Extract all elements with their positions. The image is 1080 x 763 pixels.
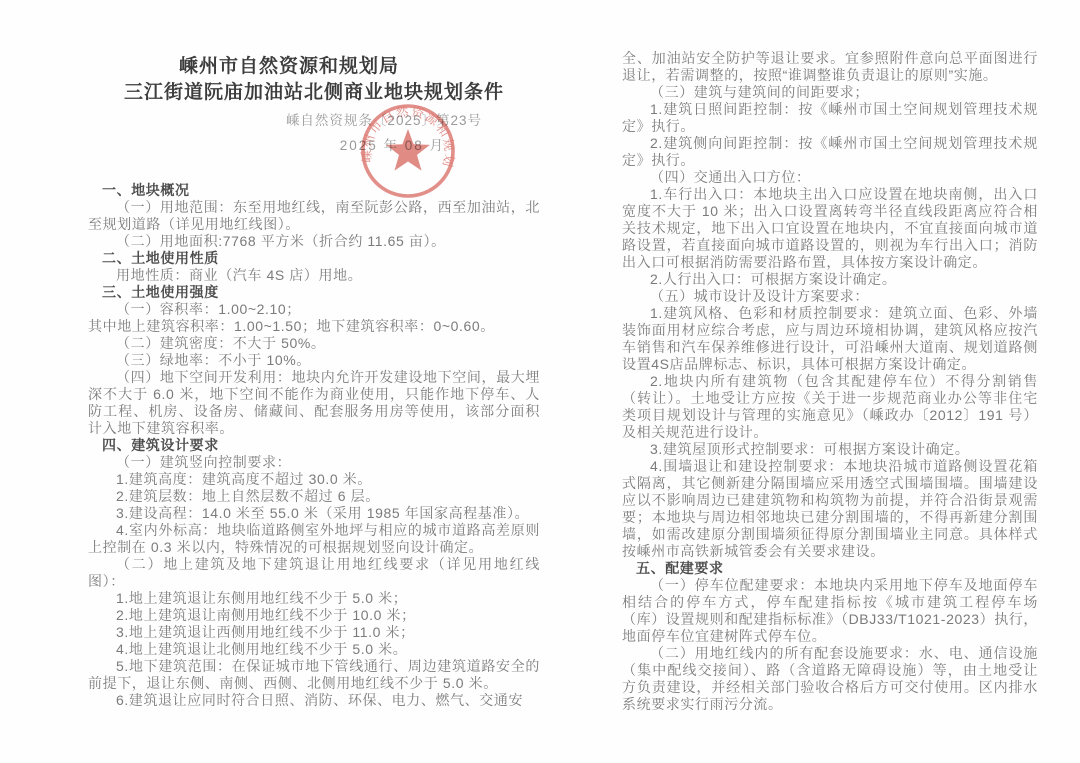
paragraph: （二）地上建筑及地下建筑退让用地红线要求（详见用地红线图）： [88,556,540,590]
document-header: 嵊州市自然资源和规划局 三江街道阮庙加油站北侧商业地块规划条件 嵊自然资规条〔2… [88,54,540,154]
paragraph: 4.地上建筑退让北侧用地红线不少于 5.0 米。 [88,641,540,658]
paragraph: （二）用地红线内的所有配套设施要求：水、电、通信设施（集中配线交接间）、路（含道… [622,645,1038,713]
paragraph: 2.地上建筑退让南侧用地红线不少于 10.0 米； [88,607,540,624]
paragraph: 2.地块内所有建筑物（包含其配建停车位）不得分割销售（转让）。土地受让方应按《关… [622,373,1038,441]
paragraph: 2.建筑侧向间距控制：按《嵊州市国土空间规划管理技术规定》执行。 [622,135,1038,169]
document-number: 嵊自然资规条〔2025〕第23号 [88,113,540,129]
paragraph: 全、加油站安全防护等退让要求。宜参照附件意向总平面图进行退让，若需调整的，按照“… [622,50,1038,84]
section-heading: 四、建筑设计要求 [88,437,540,454]
paragraph: 用地性质：商业（汽车 4S 店）用地。 [88,267,540,284]
paragraph: （四）地下空间开发利用：地块内允许开发建设地下空间，最大埋深不大于 6.0 米，… [88,369,540,437]
section-heading: 二、土地使用性质 [88,250,540,267]
paragraph: （五）城市设计及设计方案要求： [622,288,1038,305]
section-heading: 三、土地使用强度 [88,284,540,301]
left-column: 嵊州市自然资源和规划局 三江街道阮庙加油站北侧商业地块规划条件 嵊自然资规条〔2… [88,44,540,709]
paragraph: 3.建筑屋顶形式控制要求：可根据方案设计确定。 [622,441,1038,458]
paragraph: 1.建筑日照间距控制：按《嵊州市国土空间规划管理技术规定》执行。 [622,101,1038,135]
paragraph: （一）建筑竖向控制要求： [88,454,540,471]
right-column: 全、加油站安全防护等退让要求。宜参照附件意向总平面图进行退让，若需调整的，按照“… [622,44,1038,713]
paragraph: （三）建筑与建筑间的间距要求； [622,84,1038,101]
paragraph: （二）建筑密度：不大于 50%。 [88,335,540,352]
paragraph: （一）停车位配建要求：本地块内采用地下停车及地面停车相结合的停车方式，停车配建指… [622,577,1038,645]
section-heading: 一、地块概况 [88,182,540,199]
paragraph: 1.建筑高度：建筑高度不超过 30.0 米。 [88,471,540,488]
paragraph: （四）交通出入口方位： [622,169,1038,186]
paragraph: 1.地上建筑退让东侧用地红线不少于 5.0 米； [88,590,540,607]
paragraph: 1.建筑风格、色彩和材质控制要求：建筑立面、色彩、外墙装饰面用材应综合考虑，应与… [622,305,1038,373]
paragraph: （二）用地面积:7768 平方米（折合约 11.65 亩）。 [88,233,540,250]
paragraph: 4.室内外标高：地块临道路侧室外地坪与相应的城市道路高差原则上控制在 0.3 米… [88,522,540,556]
right-column-text: 全、加油站安全防护等退让要求。宜参照附件意向总平面图进行退让，若需调整的，按照“… [622,50,1038,713]
paragraph: 4.围墙退让和建设控制要求：本地块沿城市道路侧设置花箱式隔离，其它侧新建分隔围墙… [622,458,1038,560]
paragraph: 5.地下建筑范围：在保证城市地下管线通行、周边建筑道路安全的前提下，退让东侧、南… [88,658,540,692]
paragraph: 其中地上建筑容积率：1.00~1.50；地下建筑容积率：0~0.60。 [88,318,540,335]
section-heading: 五、配建要求 [622,560,1038,577]
paragraph: 6.建筑退让应同时符合日照、消防、环保、电力、燃气、交通安 [88,692,540,709]
paragraph: 1.车行出入口：本地块主出入口应设置在地块南侧，出入口宽度不大于 10 米；出入… [622,186,1038,271]
paragraph: 2.人行出入口：可根据方案设计确定。 [622,271,1038,288]
left-column-text: 一、地块概况（一）用地范围：东至用地红线，南至阮彭公路，西至加油站，北至规划道路… [88,182,540,709]
document-page: 嵊州市自然资源和规划局 三江街道阮庙加油站北侧商业地块规划条件 嵊自然资规条〔2… [0,0,1080,763]
document-date: 2025 年 08 月 [88,138,540,154]
paragraph: （一）用地范围：东至用地红线，南至阮彭公路，西至加油站，北至规划道路（详见用地红… [88,199,540,233]
document-title-line2: 三江街道阮庙加油站北侧商业地块规划条件 [88,80,540,106]
paragraph: 3.建设高程：14.0 米至 55.0 米（采用 1985 年国家高程基准）。 [88,505,540,522]
paragraph: （三）绿地率：不小于 10%。 [88,352,540,369]
paragraph: （一）容积率：1.00~2.10； [88,301,540,318]
paragraph: 2.建筑层数：地上自然层数不超过 6 层。 [88,488,540,505]
paragraph: 3.地上建筑退让西侧用地红线不少于 11.0 米； [88,624,540,641]
document-title-line1: 嵊州市自然资源和规划局 [88,54,540,80]
